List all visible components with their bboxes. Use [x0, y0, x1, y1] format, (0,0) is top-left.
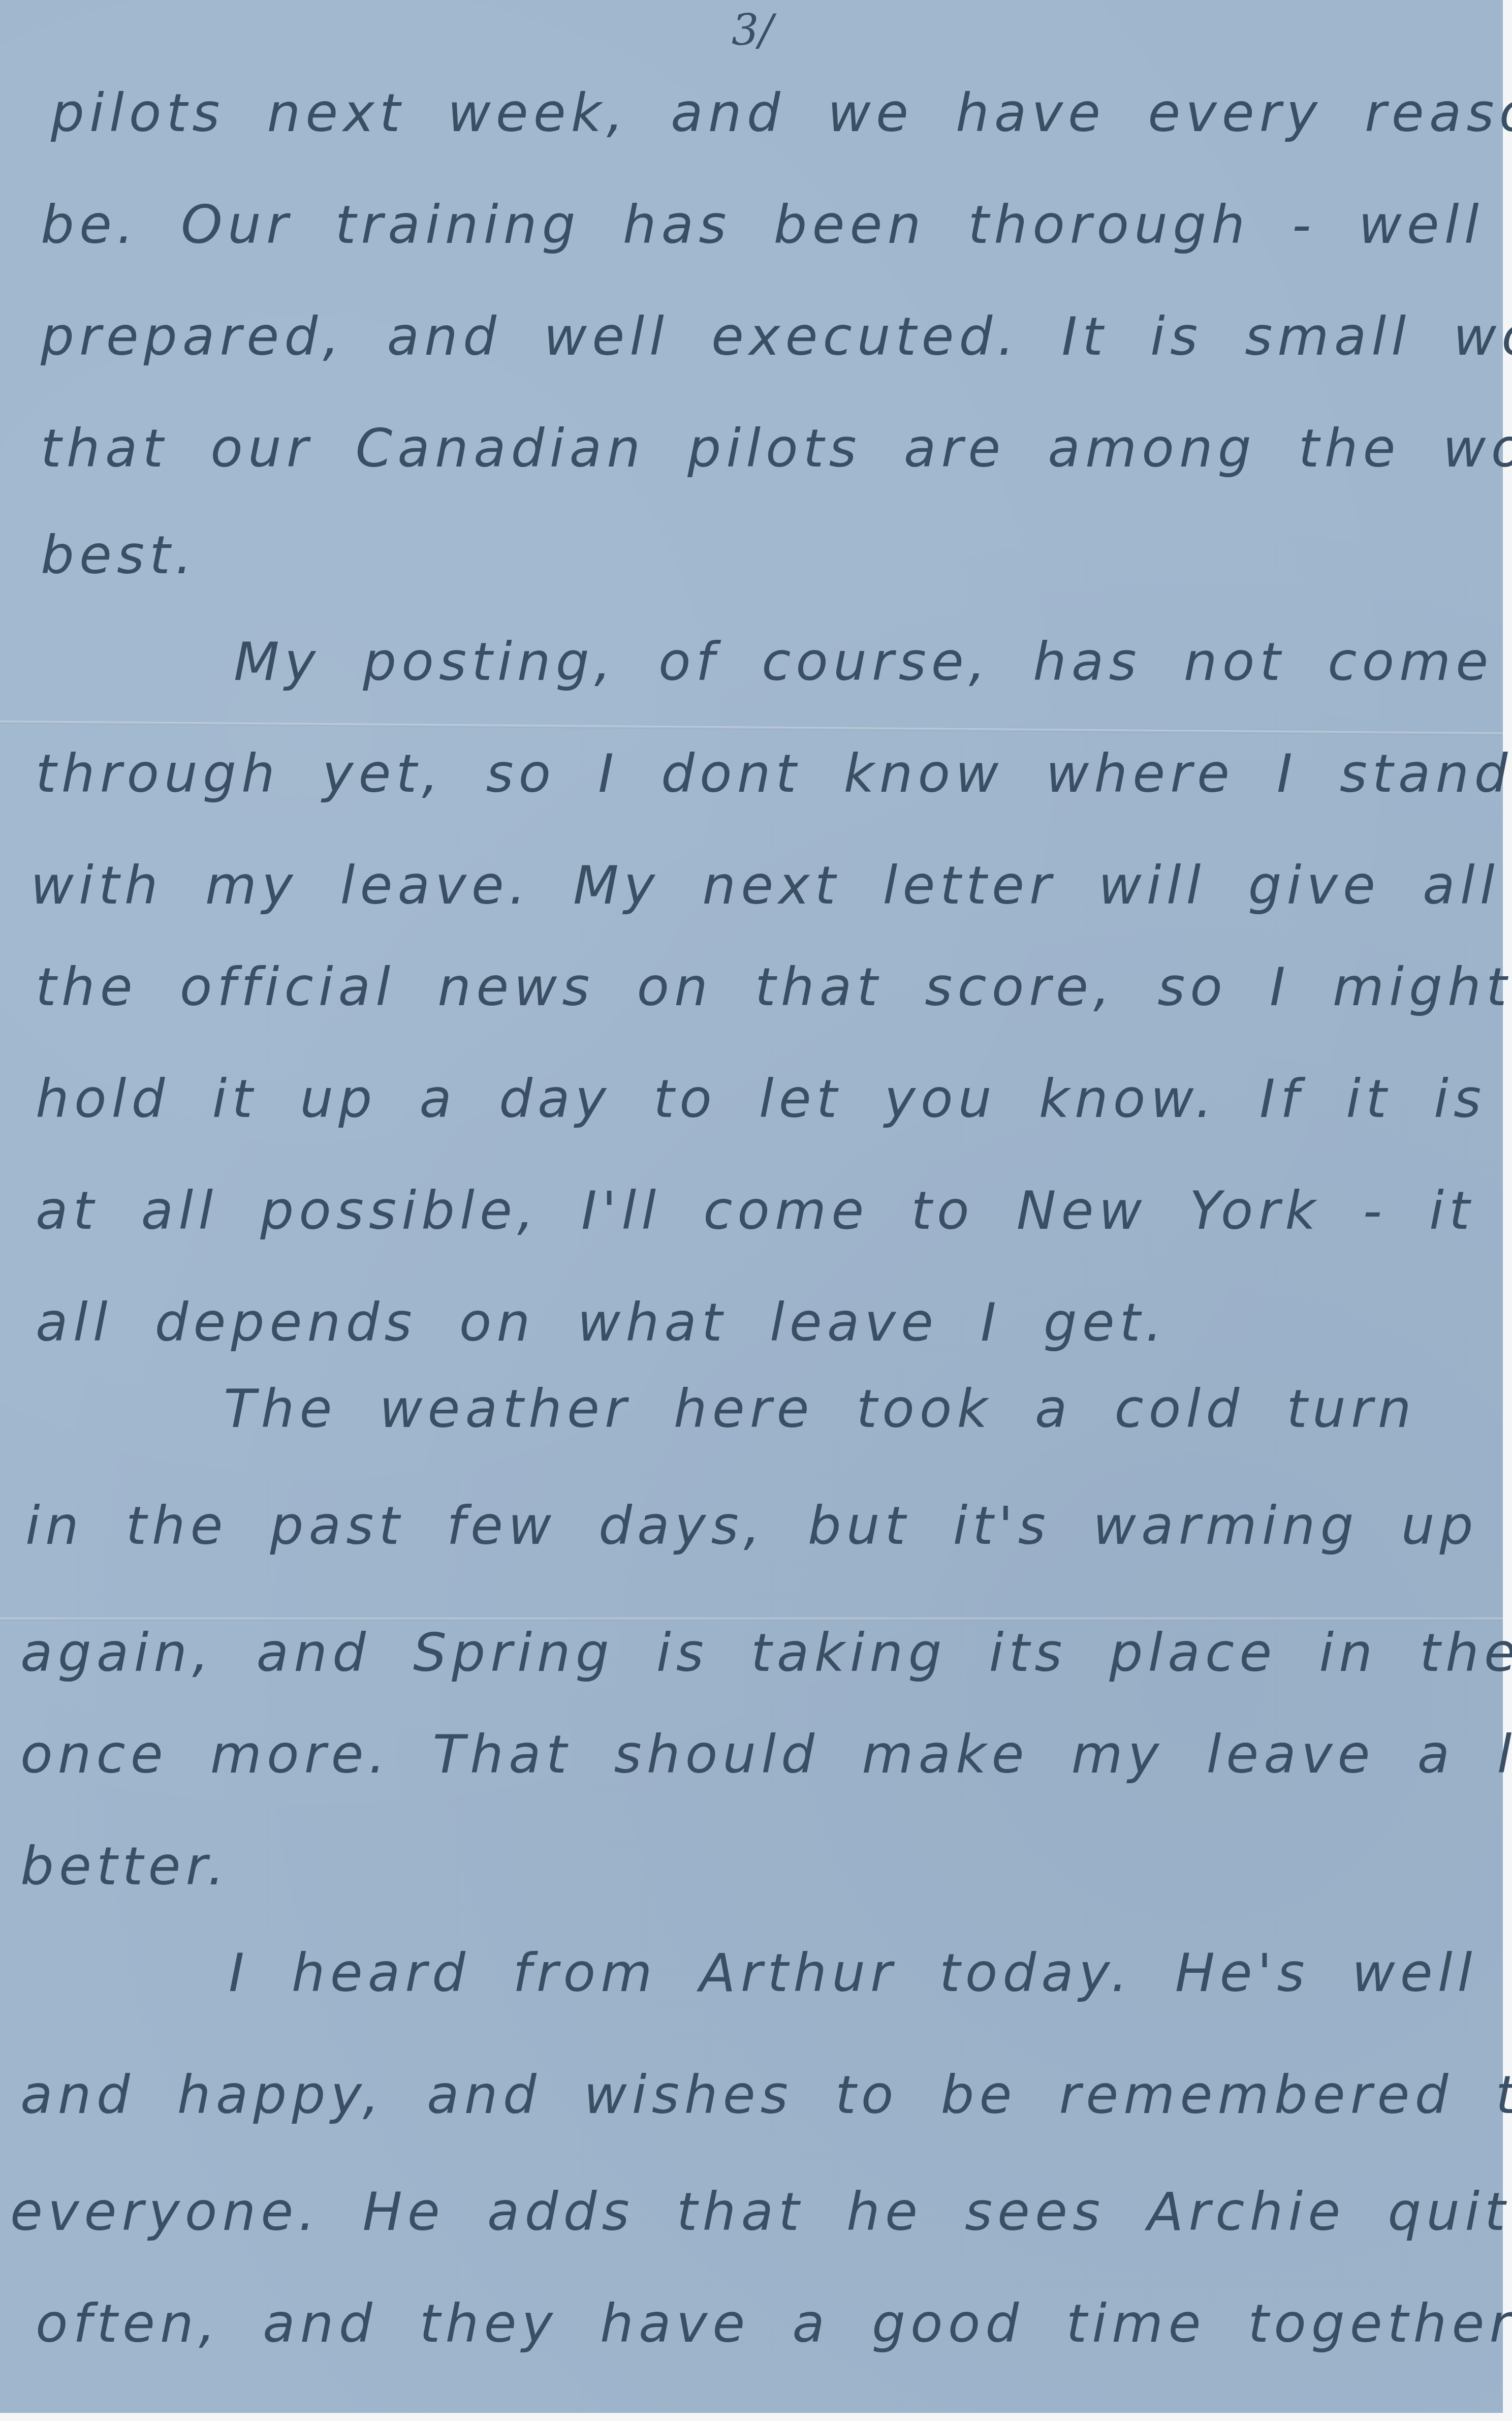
letter-line: at all possible, I'll come to New York -…	[36, 1184, 1475, 1237]
letter-line: and happy, and wishes to be remembered t…	[20, 2068, 1512, 2121]
letter-line: with my leave. My next letter will give …	[30, 859, 1500, 912]
letter-line: through yet, so I dont know where I stan…	[36, 747, 1512, 800]
page-number: 3/	[732, 5, 773, 55]
letter-line: pilots next week, and we have every reas…	[51, 86, 1512, 139]
letter-line: again, and Spring is taking its place in…	[20, 1626, 1512, 1679]
letter-line: I heard from Arthur today. He's well	[229, 1946, 1477, 1999]
letter-line: that our Canadian pilots are among the w…	[41, 422, 1512, 475]
letter-line: prepared, and well executed. It is small…	[41, 310, 1512, 363]
letter-line: hold it up a day to let you know. If it …	[36, 1072, 1486, 1125]
letter-line: My posting, of course, has not come	[234, 635, 1493, 688]
letter-page: 3/ pilots next week, and we have every r…	[0, 0, 1503, 2413]
letter-line: all depends on what leave I get.	[36, 1296, 1168, 1349]
fold-crease-upper	[0, 721, 1503, 735]
fold-crease-lower	[0, 1618, 1503, 1621]
letter-line: once more. That should make my leave a l…	[20, 1728, 1512, 1781]
letter-line: be. Our training has been thorough - wel…	[41, 198, 1484, 251]
letter-line: often, and they have a good time togethe…	[36, 2297, 1512, 2350]
letter-line: in the past few days, but it's warming u…	[25, 1499, 1512, 1552]
letter-line: The weather here took a cold turn	[224, 1382, 1416, 1435]
letter-line: everyone. He adds that he sees Archie qu…	[10, 2185, 1512, 2238]
letter-line: better.	[20, 1840, 230, 1892]
letter-line: best.	[41, 529, 197, 581]
letter-line: the official news on that score, so I mi…	[36, 960, 1512, 1013]
